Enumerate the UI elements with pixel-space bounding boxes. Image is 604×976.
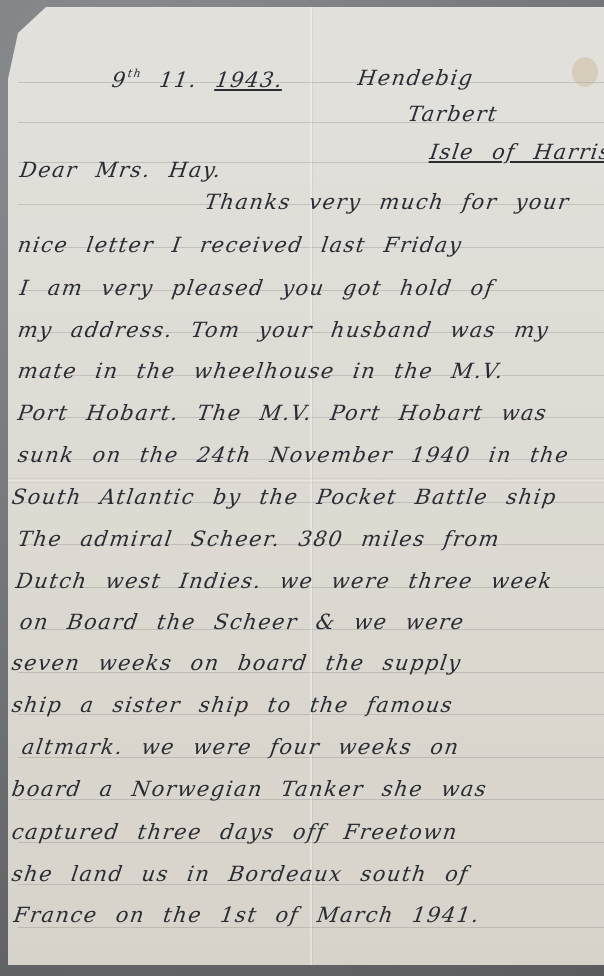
body-line: I am very pleased you got hold of: [18, 276, 496, 300]
body-line: The admiral Scheer. 380 miles from: [16, 527, 502, 551]
body-line: nice letter I received last Friday: [16, 233, 464, 257]
body-line: ship a sister ship to the famous: [10, 693, 455, 717]
date-year: 1943.: [214, 68, 285, 92]
body-line: Thanks very much for your: [203, 190, 571, 214]
body-line: Port Hobart. The M.V. Port Hobart was: [16, 401, 549, 425]
address-line-3: Isle of Harris: [428, 140, 604, 164]
date-month: 11.: [158, 68, 199, 92]
body-line: sunk on the 24th November 1940 in the: [16, 443, 571, 467]
body-line: France on the 1st of March 1941.: [12, 903, 481, 927]
letter-date: 9th 11. 1943.: [110, 67, 285, 92]
body-line: she land us in Bordeaux south of: [10, 862, 470, 886]
address-line-3-text: Isle of Harris: [428, 140, 604, 164]
body-line: mate in the wheelhouse in the M.V.: [16, 359, 505, 383]
body-line: seven weeks on board the supply: [10, 651, 463, 675]
date-day-suffix: th: [127, 67, 143, 80]
salutation: Dear Mrs. Hay.: [18, 158, 223, 182]
body-line: South Atlantic by the Pocket Battle ship: [10, 485, 558, 509]
body-line: board a Norwegian Tanker she was: [10, 777, 489, 801]
horizontal-fold-crease: [8, 478, 604, 483]
body-line: altmark. we were four weeks on: [20, 735, 461, 759]
body-line: on Board the Scheer & we were: [18, 610, 466, 634]
address-line-2: Tarbert: [406, 102, 499, 126]
body-line: my address. Tom your husband was my: [16, 318, 551, 342]
body-line: captured three days off Freetown: [10, 820, 459, 844]
paper-stain: [572, 57, 598, 87]
address-line-1: Hendebig: [356, 66, 475, 90]
date-day: 9: [110, 68, 128, 92]
body-line: Dutch west Indies. we were three week: [14, 569, 554, 593]
